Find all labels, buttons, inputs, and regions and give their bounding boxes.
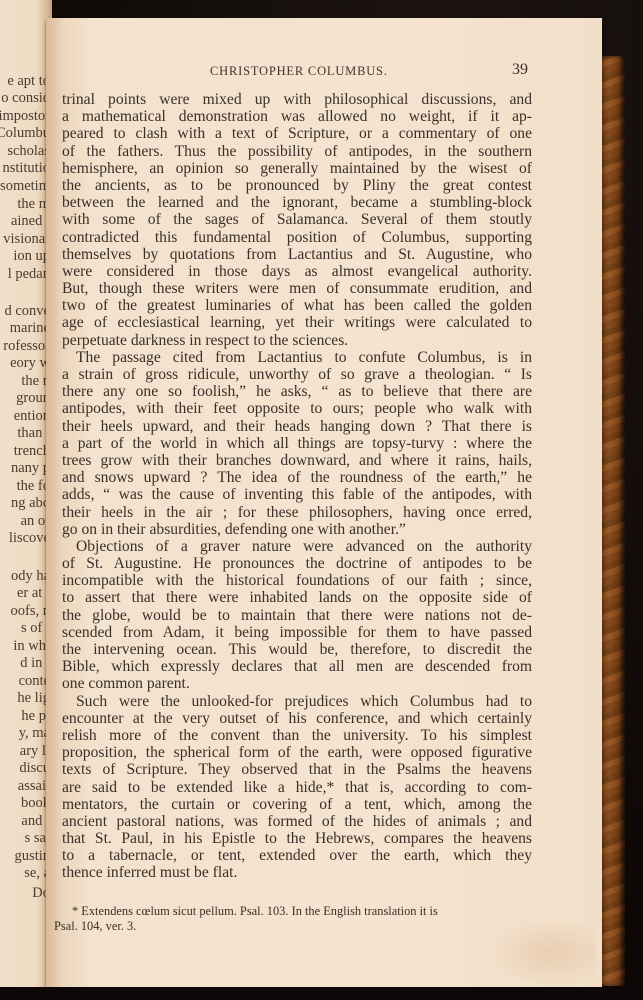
previous-page-text-fragment: ention [14,408,50,425]
text-line: The passage cited from Lactantius to con… [62,349,532,366]
text-line: two of the greatest luminaries of what h… [62,297,532,314]
text-line: the ancients, as to be pronounced by Pli… [62,177,532,194]
text-line: thence inferred must be flat. [62,864,532,881]
footnote: * Extendens cœlum sicut pellum. Psal. 10… [54,904,524,934]
text-line: texts of Scripture. They observed that i… [62,761,532,778]
text-line: antipodes, with their feet opposite to o… [62,400,532,417]
page-stain [486,918,596,988]
previous-page-text-fragment: sometim [0,178,50,195]
text-line: Such were the unlooked-for prejudices wh… [62,693,532,710]
text-line: contradicted this fundamental position o… [62,229,532,246]
text-line: age of ecclesiastical learning, yet thei… [62,314,532,331]
text-line: mentators, the curtain or covering of a … [62,796,532,813]
previous-page-text-fragment: e apt to [7,73,50,90]
text-line: were considered in those days as almost … [62,263,532,280]
previous-page-text-fragment: nany p [11,460,50,477]
text-line: Objections of a graver nature were advan… [62,538,532,555]
text-line: go on in their absurdities, defending on… [62,521,532,538]
text-line: perpetuate darkness in respect to the sc… [62,332,532,349]
text-line: trinal points were mixed up with philoso… [62,91,532,108]
previous-page-text-fragment: l pedan [8,266,50,283]
running-head: CHRISTOPHER COLUMBUS. 39 [46,64,602,82]
previous-page-text-fragment: eory w [10,355,50,372]
text-line: incompatible with the historical foundat… [62,572,532,589]
text-line: encounter at the very outset of his conf… [62,710,532,727]
text-line: adds, “ was the cause of inventing this … [62,486,532,503]
text-line: trees grow with their branches downward,… [62,452,532,469]
previous-page-text-fragment: rofessor [3,338,50,355]
text-line: peared to clash with a text of Scripture… [62,125,532,142]
text-line: there any one so foolish,” he asks, “ as… [62,383,532,400]
text-line: proposition, the spherical form of the e… [62,744,532,761]
text-line: their heels in the air ; for these philo… [62,504,532,521]
previous-page-text-fragment: nstitutio [2,160,50,177]
previous-page-text-fragment: groun [16,390,50,407]
previous-page-text-fragment: in whi [13,638,50,655]
previous-page-text-fragment: Columbu [0,125,50,142]
text-line: a part of the world in which all things … [62,435,532,452]
running-title: CHRISTOPHER COLUMBUS. [210,64,388,79]
text-line: the intervening ocean. This would be, th… [62,641,532,658]
previous-page-text-fragment: ng abo [11,495,50,512]
body-text: trinal points were mixed up with philoso… [62,91,532,882]
text-line: to a tabernacle, or tent, extended over … [62,847,532,864]
previous-page-text-fragment: ion up [13,248,50,265]
previous-page-text-fragment: trench [14,443,50,460]
text-line: with some of the sages of Salamanca. Sev… [62,211,532,228]
text-line: one common parent. [62,675,532,692]
text-line: relish more of the convent than the univ… [62,727,532,744]
text-line: and snows upward ? The idea of the round… [62,469,532,486]
book-page: CHRISTOPHER COLUMBUS. 39 trinal points w… [46,18,602,987]
previous-page-text-fragment: the fo [17,478,50,495]
previous-page-text-fragment: visionar [3,231,50,248]
text-line: of St. Augustine. He pronounces the doct… [62,555,532,572]
text-line: a strain of gross ridicule, unworthy of … [62,366,532,383]
text-line: between the learned and the ignorant, be… [62,194,532,211]
previous-page-text-fragment: o consid [1,90,50,107]
text-line: a mathematical demonstration was allowed… [62,108,532,125]
text-line: Bible, which expressly declares that all… [62,658,532,675]
footnote-line: * Extendens cœlum sicut pellum. Psal. 10… [54,904,524,919]
text-line: themselves by quotations from Lactantius… [62,246,532,263]
page-number: 39 [512,61,528,79]
bottom-shadow [0,987,643,1000]
text-line: ancient pastoral nations, was formed of … [62,813,532,830]
footnote-line: Psal. 104, ver. 3. [54,919,524,934]
previous-page-text-fragment: ained t [11,213,50,230]
previous-page-text-fragment: marine [10,320,50,337]
text-line: are said to be extended like a hide,* th… [62,779,532,796]
text-line: scended from Adam, it being impossible f… [62,624,532,641]
text-line: of the fathers. Thus the possibility of … [62,143,532,160]
previous-page-text-fragment: d conve [5,303,51,320]
text-line: their heels upward, and their heads hang… [62,418,532,435]
previous-page-text-fragment: oofs, n [11,603,50,620]
text-line: But, though these writers were men of co… [62,280,532,297]
previous-page-edge: e apt too considimpostorColumbuscholasns… [0,0,52,990]
text-line: hemisphere, an opinion so generally main… [62,160,532,177]
text-line: to assert that there were inhabited land… [62,589,532,606]
previous-page-text-fragment: ody ha [11,568,50,585]
text-line: the globe, would be to maintain that the… [62,607,532,624]
previous-page-text-fragment: liscove [9,530,50,547]
previous-page-text-fragment: impostor [0,108,50,125]
previous-page-text-fragment: gustin [15,848,50,865]
previous-page-text-fragment: scholas [7,143,50,160]
text-line: that St. Paul, in his Epistle to the Heb… [62,830,532,847]
leather-cover-edge [599,56,625,986]
